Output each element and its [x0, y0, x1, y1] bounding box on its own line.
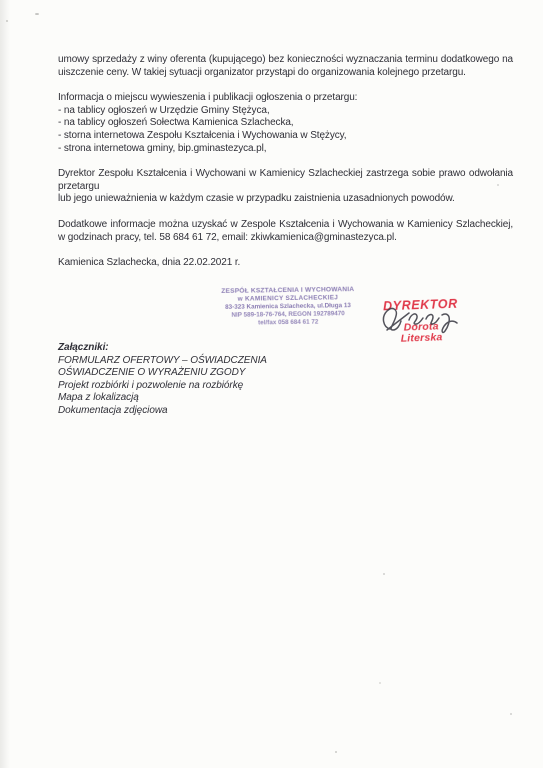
scan-speck: [510, 713, 512, 715]
paragraph-line: Dyrektor Zespołu Kształcenia i Wychowani…: [58, 168, 513, 193]
publication-item: - na tablicy ogłoszeń Sołectwa Kamienica…: [58, 117, 513, 130]
place-date-line: Kamienica Szlachecka, dnia 22.02.2021 r.: [58, 257, 240, 268]
attachment-item: Mapa z lokalizacją: [58, 392, 267, 405]
publication-info-block: Informacja o miejscu wywieszenia i publi…: [58, 92, 513, 155]
stamp-line: tel/fax 058 684 61 72: [208, 318, 368, 328]
paragraph-line: umowy sprzedaży z winy oferenta (kupując…: [58, 54, 513, 67]
paragraph-line: uiszczenie ceny. W takiej sytuacji organ…: [58, 67, 513, 80]
attachments-block: Załączniki: FORMULARZ OFERTOWY – OŚWIADC…: [58, 342, 267, 418]
paragraph-line: lub jego unieważnienia w każdym czasie w…: [58, 193, 513, 206]
scan-speck: [497, 184, 499, 186]
attachment-item: OŚWIADCZENIE O WYRAŻENIU ZGODY: [58, 367, 267, 380]
scan-speck: [35, 13, 39, 15]
publication-item: - na tablicy ogłoszeń w Urzędzie Gminy S…: [58, 105, 513, 118]
paragraph-cancellation-right: Dyrektor Zespołu Kształcenia i Wychowani…: [58, 168, 513, 206]
scan-speck: [379, 682, 381, 684]
paragraph-line: w godzinach pracy, tel. 58 684 61 72, em…: [58, 232, 513, 245]
publication-item: - strona internetowa gminy, bip.gminaste…: [58, 143, 513, 156]
paragraph-contact-info: Dodatkowe informacje można uzyskać w Zes…: [58, 219, 513, 244]
attachment-item: Dokumentacja zdjęciowa: [58, 405, 267, 418]
attachment-item: Projekt rozbiórki i pozwolenie na rozbió…: [58, 380, 267, 393]
scanned-document-page: umowy sprzedaży z winy oferenta (kupując…: [0, 0, 543, 768]
paragraph-sale-contract: umowy sprzedaży z winy oferenta (kupując…: [58, 54, 513, 79]
institution-stamp: ZESPÓŁ KSZTAŁCENIA I WYCHOWANIA w KAMIEN…: [208, 286, 369, 328]
scan-speck: [383, 573, 385, 575]
publication-intro: Informacja o miejscu wywieszenia i publi…: [58, 92, 513, 105]
publication-item: - storna internetowa Zespołu Kształcenia…: [58, 130, 513, 143]
document-body: umowy sprzedaży z winy oferenta (kupując…: [58, 54, 513, 257]
director-stamp: DYREKTOR Dorota Literska: [381, 298, 461, 346]
scan-speck: [335, 751, 337, 753]
scan-speck: [6, 20, 8, 22]
paragraph-line: Dodatkowe informacje można uzyskać w Zes…: [58, 219, 513, 232]
attachments-heading: Załączniki:: [58, 342, 267, 355]
director-stamp-title: DYREKTOR: [381, 298, 459, 314]
attachment-item: FORMULARZ OFERTOWY – OŚWIADCZENIA: [58, 355, 267, 368]
director-stamp-name: Dorota Literska: [382, 321, 461, 346]
